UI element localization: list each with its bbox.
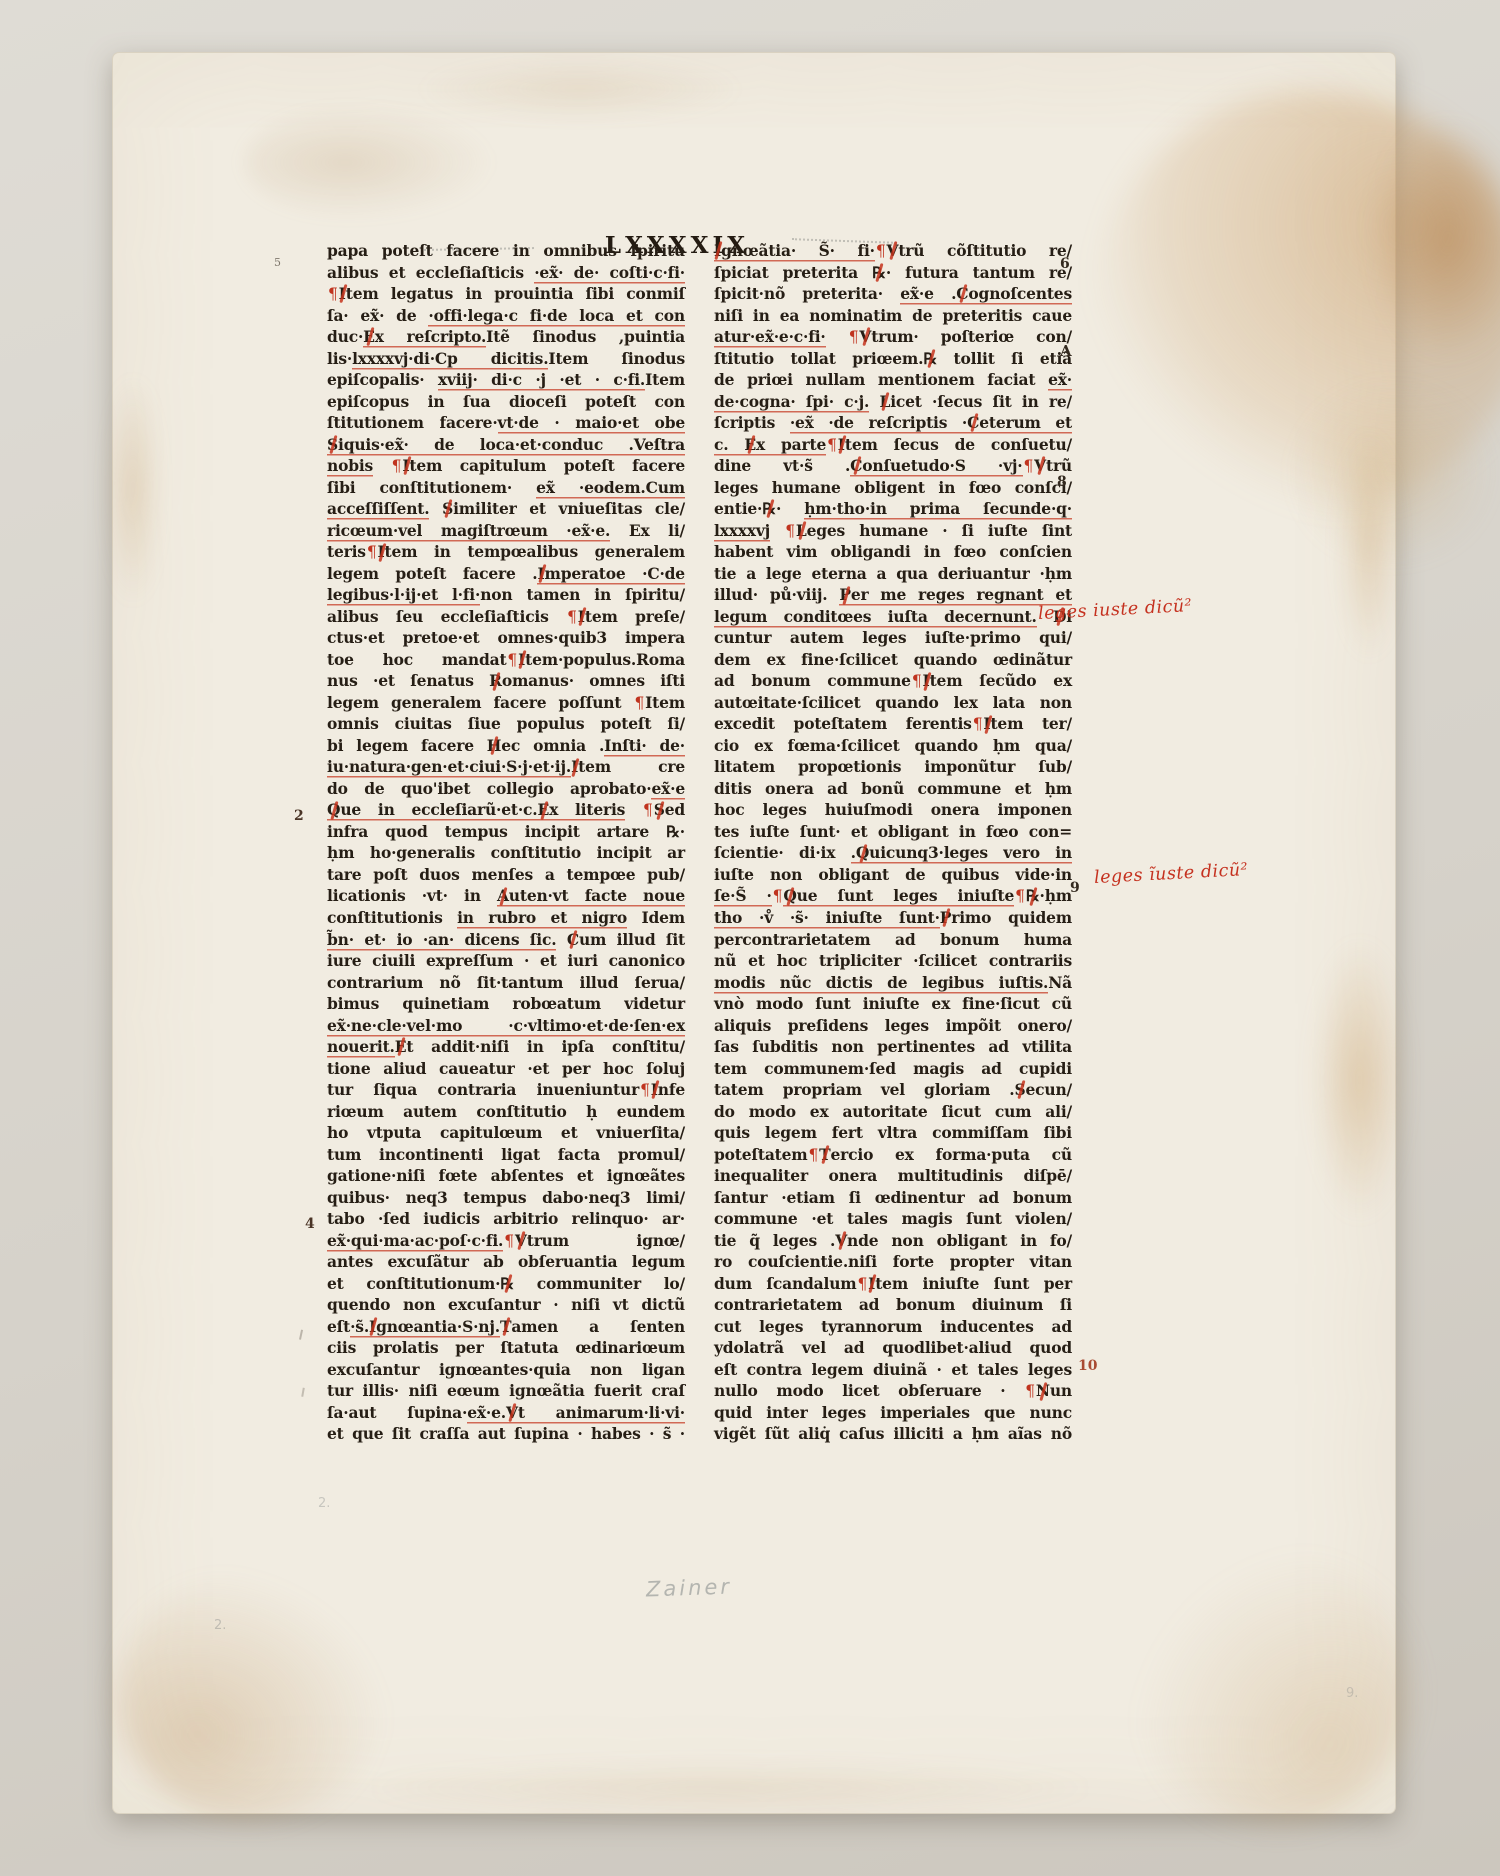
text-line: dum ſcandalum¶Item iniuſte ſunt per: [714, 1273, 1072, 1295]
margin-letter-a: A: [1060, 342, 1072, 360]
text-line: nus ·et ſenatus Romanus· omnes iſti: [327, 670, 685, 692]
text-line: tatem propriam vel gloriam .Secun/: [714, 1079, 1072, 1101]
text-line: ex̃·qui·ma·ac·poſ·c·fi.¶Vtrum ignœ/: [327, 1230, 685, 1252]
text-line: conſtitutionis in rubro et nigro Idem: [327, 907, 685, 929]
text-line: ho vtputa capitulœum et vniuerſita/: [327, 1122, 685, 1144]
text-line: tur ſiqua contraria inueniuntur¶Infe: [327, 1079, 685, 1101]
text-line: ctus·et pretoe·et omnes·quib3 impera: [327, 627, 685, 649]
text-line: riœum autem conſtitutio ḥ eundem: [327, 1101, 685, 1123]
text-line: excuſantur ignœantes·quia non ligan: [327, 1359, 685, 1381]
text-line: aliquis preſidens leges impõit onero/: [714, 1015, 1072, 1037]
text-line: licationis ·vt· in Auten·vt facte noue: [327, 885, 685, 907]
text-line: ſcientie· di·ix .Quicunq3·leges vero in: [714, 842, 1072, 864]
text-line: contrarium nõ ſit·tantum illud ſerua/: [327, 972, 685, 994]
text-line: c. Ex parte¶Item ſecus de conſuetu/: [714, 434, 1072, 456]
text-line: cuntur autem leges iuſte·primo qui/: [714, 627, 1072, 649]
text-line: ſa· ex̃· de ·offi·lega·c fi·de loca et c…: [327, 305, 685, 327]
text-line: ſibi conſtitutionem· ex̃ ·eodem.Cum: [327, 477, 685, 499]
foxing-stain: [1098, 91, 1500, 511]
text-line: commune ·et tales magis ſunt violen/: [714, 1208, 1072, 1230]
text-column-right: Ignœãtia· S̃· fi·¶Vtrũ cõſtitutio re/ſpi…: [714, 240, 1072, 1445]
text-line: ḥm ho·generalis conſtitutio incipit ar: [327, 842, 685, 864]
text-line: Que in eccleſiarũ·et·c.Ex literis ¶Sed: [327, 799, 685, 821]
text-line: vnò modo ſunt iniuſte ex fine·ſicut cũ: [714, 993, 1072, 1015]
pencil-attribution: Zainer: [646, 1575, 733, 1602]
text-line: teris¶Item in tempœalibus generalem: [327, 541, 685, 563]
text-line: b̃n· et· io ·an· dicens ſic. Cum illud ſ…: [327, 929, 685, 951]
text-line: ex̃·ne·cle·vel·mo ·c·vltimo·et·de·ſen·ex: [327, 1015, 685, 1037]
text-line: Ignœãtia· S̃· fi·¶Vtrũ cõſtitutio re/: [714, 240, 1072, 262]
text-line: quis legem fert vltra commiſſam ſibi: [714, 1122, 1072, 1144]
text-line: ſantur ·etiam ſi œdinentur ad bonum: [714, 1187, 1072, 1209]
text-line: leges humane obligent in fœo conſci/: [714, 477, 1072, 499]
text-line: dem ex fine·ſcilicet quando œdinãtur: [714, 649, 1072, 671]
text-line: modis nũc dictis de legibus iuſtis.Nã: [714, 972, 1072, 994]
text-line: legem generalem facere poſſunt ¶Item: [327, 692, 685, 714]
text-line: autœitate·ſcilicet quando lex lata non: [714, 692, 1072, 714]
text-line: vigẽt ſũt aliq̇ caſus illiciti a ḥm aĩas…: [714, 1423, 1072, 1445]
margin-numeral-8: 8: [1057, 474, 1067, 490]
text-line: ſtitutio tollat priœem.℞ tollit ſi etiã: [714, 348, 1072, 370]
text-column-left: papa poteſt facere in omnibus ſpirituali…: [327, 240, 685, 1445]
text-line: ſe·S̃ ·¶Que ſunt leges iniuſte¶℞·ḥm: [714, 885, 1072, 907]
text-line: epiſcopus in ſua dioceſi poteſt con: [327, 391, 685, 413]
text-line: nouerit.Et addit·niſi in ipſa conſtitu/: [327, 1036, 685, 1058]
text-line: poteſtatem¶Tercio ex forma·puta cũ: [714, 1144, 1072, 1166]
text-line: et que ſit craſſa aut ſupina · habes · s…: [327, 1423, 685, 1445]
text-line: de priœi nullam mentionem faciat ex̃·: [714, 369, 1072, 391]
text-line: ¶Item legatus in prouintia ſibi conmiſ: [327, 283, 685, 305]
text-line: do modo ex autoritate ſicut cum ali/: [714, 1101, 1072, 1123]
text-line: tie a lege eterna a qua deriuantur ·ḥm: [714, 563, 1072, 585]
text-line: legem poteſt facere .Imperatoe ·C·de: [327, 563, 685, 585]
text-line: bi legem facere Hec omnia .Inſti· de·: [327, 735, 685, 757]
foxing-stain: [1368, 119, 1500, 359]
text-line: ſas ſubditis non pertinentes ad vtilita: [714, 1036, 1072, 1058]
text-line: bimus quinetiam robœatum videtur: [327, 993, 685, 1015]
text-line: infra quod tempus incipit artare ℞·: [327, 821, 685, 843]
text-line: quid inter leges imperiales que nunc: [714, 1402, 1072, 1424]
pencil-number: 2.: [318, 1496, 330, 1511]
text-line: tur illis· niſi eœum ignœãtia fuerit cra…: [327, 1380, 685, 1402]
text-line: et conſtitutionum·℞ communiter lo/: [327, 1273, 685, 1295]
text-line: illud· pů·viij. Per me reges regnant et: [714, 584, 1072, 606]
text-line: quibus· neq3 tempus dabo·neq3 limi/: [327, 1187, 685, 1209]
text-line: ditis onera ad bonũ commune et ḥm: [714, 778, 1072, 800]
text-line: omnis ciuitas ſiue populus poteſt ſi/: [327, 713, 685, 735]
text-line: alibus et eccleſiaſticis ·ex̃· de· coſti…: [327, 262, 685, 284]
text-line: iure ciuili expreſſum · et iuri canonico: [327, 950, 685, 972]
text-line: epiſcopalis· xviij· di·c ·j ·et · c·fi.I…: [327, 369, 685, 391]
margin-numeral-9: 9: [1070, 880, 1080, 896]
text-line: niſi in ea nominatim de preteritis caue: [714, 305, 1072, 327]
text-line: tho ·v̊ ·s̃· iniuſte ſunt·Primo quidem: [714, 907, 1072, 929]
text-line: tione aliud caueatur ·et per hoc ſoluj: [327, 1058, 685, 1080]
margin-numeral-6: 6: [1060, 256, 1070, 272]
text-line: Siquis·ex̃· de loca·et·conduc .Veſtra: [327, 434, 685, 456]
text-line: ad bonum commune¶Item ſecũdo ex: [714, 670, 1072, 692]
text-line: ſcriptis ·ex̃ ·de reſcriptis ·Ceterum et: [714, 412, 1072, 434]
margin-mark-left-mid: 2: [294, 808, 304, 824]
text-line: ro couſcientie.niſi forte propter vitan: [714, 1251, 1072, 1273]
text-line: tum incontinenti ligat facta promul/: [327, 1144, 685, 1166]
text-line: cio ex fœma·ſcilicet quando ḥm qua/: [714, 735, 1072, 757]
text-line: nobis ¶Item capitulum poteſt facere: [327, 455, 685, 477]
scan-backdrop: LXXXXIX papa poteſt facere in omnibus ſp…: [0, 0, 1500, 1876]
pencil-number: 2.: [214, 1618, 226, 1633]
text-line: ciis prolatis per ſtatuta œdinariœum: [327, 1337, 685, 1359]
text-line: ſa·aut ſupina·ex̃·e.Vt animarum·li·vi·: [327, 1402, 685, 1424]
margin-mark-left-top: 5: [274, 256, 281, 269]
text-line: antes excuſãtur ab obſeruantia legum: [327, 1251, 685, 1273]
pencil-number: 9.: [1346, 1686, 1358, 1701]
text-line: legibus·l·ij·et l·fi·non tamen in ſpirit…: [327, 584, 685, 606]
text-line: quendo non excuſantur · niſi vt dictũ: [327, 1294, 685, 1316]
text-line: tes iuſte ſunt· et obligant in fœo con=: [714, 821, 1072, 843]
text-line: tabo ·ſed iudicis arbitrio relinquo· ar·: [327, 1208, 685, 1230]
text-line: atur·ex̃·e·c·fi· ¶Vtrum· poſteriœ con/: [714, 326, 1072, 348]
text-line: percontrarietatem ad bonum huma: [714, 929, 1072, 951]
text-line: eſt·s̃.Ignœantia·S·nj.Tamen a ſenten: [327, 1316, 685, 1338]
foxing-stain: [1293, 383, 1493, 563]
text-line: tare poſt duos menſes a tempœe pub/: [327, 864, 685, 886]
text-line: eſt contra legem diuinã · et tales leges: [714, 1359, 1072, 1381]
text-line: inequaliter onera multitudinis diſpē/: [714, 1165, 1072, 1187]
text-line: lis·lxxxxvj·di·Cp dicitis.Item ſinodus: [327, 348, 685, 370]
text-line: entie·℞· ḥm·tho·in prima ſecunde·q·: [714, 498, 1072, 520]
text-line: de·cogna· ſpi· c·j. Licet ·ſecus ſit in …: [714, 391, 1072, 413]
margin-numeral-10: 10: [1078, 1358, 1097, 1374]
text-line: iu·natura·gen·et·ciui·S·j·et·ij.Item cre: [327, 756, 685, 778]
text-line: ricœum·vel magiſtrœum ·ex̃·e. Ex li/: [327, 520, 685, 542]
text-line: legum conditœes iuſta decernunt. Di: [714, 606, 1072, 628]
text-line: lxxxxvj ¶Leges humane · ſi iuſte ſint: [714, 520, 1072, 542]
text-line: acceſſiſſent. Similiter et vniueſitas cl…: [327, 498, 685, 520]
text-line: alibus ſeu eccleſiaſticis ¶Item preſe/: [327, 606, 685, 628]
text-line: excedit poteſtatem ferentis¶Item ter/: [714, 713, 1072, 735]
text-line: hoc leges huiuſmodi onera imponen: [714, 799, 1072, 821]
text-line: nullo modo licet obſeruare · ¶Nun: [714, 1380, 1072, 1402]
text-line: papa poteſt facere in omnibus ſpiritu: [327, 240, 685, 262]
margin-mark-left-low: 4: [305, 1216, 315, 1232]
text-line: cut leges tyrannorum inducentes ad: [714, 1316, 1072, 1338]
text-line: contrarietatem ad bonum diuinum ſi: [714, 1294, 1072, 1316]
text-line: habent vim obligandi in fœo conſcien: [714, 541, 1072, 563]
text-line: tie q̃ leges .Vnde non obligant in fo/: [714, 1230, 1072, 1252]
text-line: ſpiciat preterita ℞· futura tantum re/: [714, 262, 1072, 284]
text-line: ſpicit·nõ preterita· ex̃·e .Cognoſcentes: [714, 283, 1072, 305]
text-line: duc·Ex reſcripto.Itẽ ſinodus ,puintia: [327, 326, 685, 348]
text-line: gatione·niſi fœte abſentes et ignœãtes: [327, 1165, 685, 1187]
text-line: ſtitutionem facere·vt·de · maio·et obe: [327, 412, 685, 434]
text-line: nũ et hoc tripliciter ·ſcilicet contrari…: [714, 950, 1072, 972]
text-line: dine vt·s̃ .Conſuetudo·S ·vj·¶Vtrũ: [714, 455, 1072, 477]
text-line: do de quo'ibet collegio aprobato·ex̃·e: [327, 778, 685, 800]
text-line: iuſte non obligant de quibus vide·in: [714, 864, 1072, 886]
text-line: ydolatrã vel ad quodlibet·aliud quod: [714, 1337, 1072, 1359]
text-line: toe hoc mandat¶Item·populus.Roma: [327, 649, 685, 671]
text-line: litatem propœtionis imponũtur ſub/: [714, 756, 1072, 778]
text-line: tem communem·ſed magis ad cupidi: [714, 1058, 1072, 1080]
